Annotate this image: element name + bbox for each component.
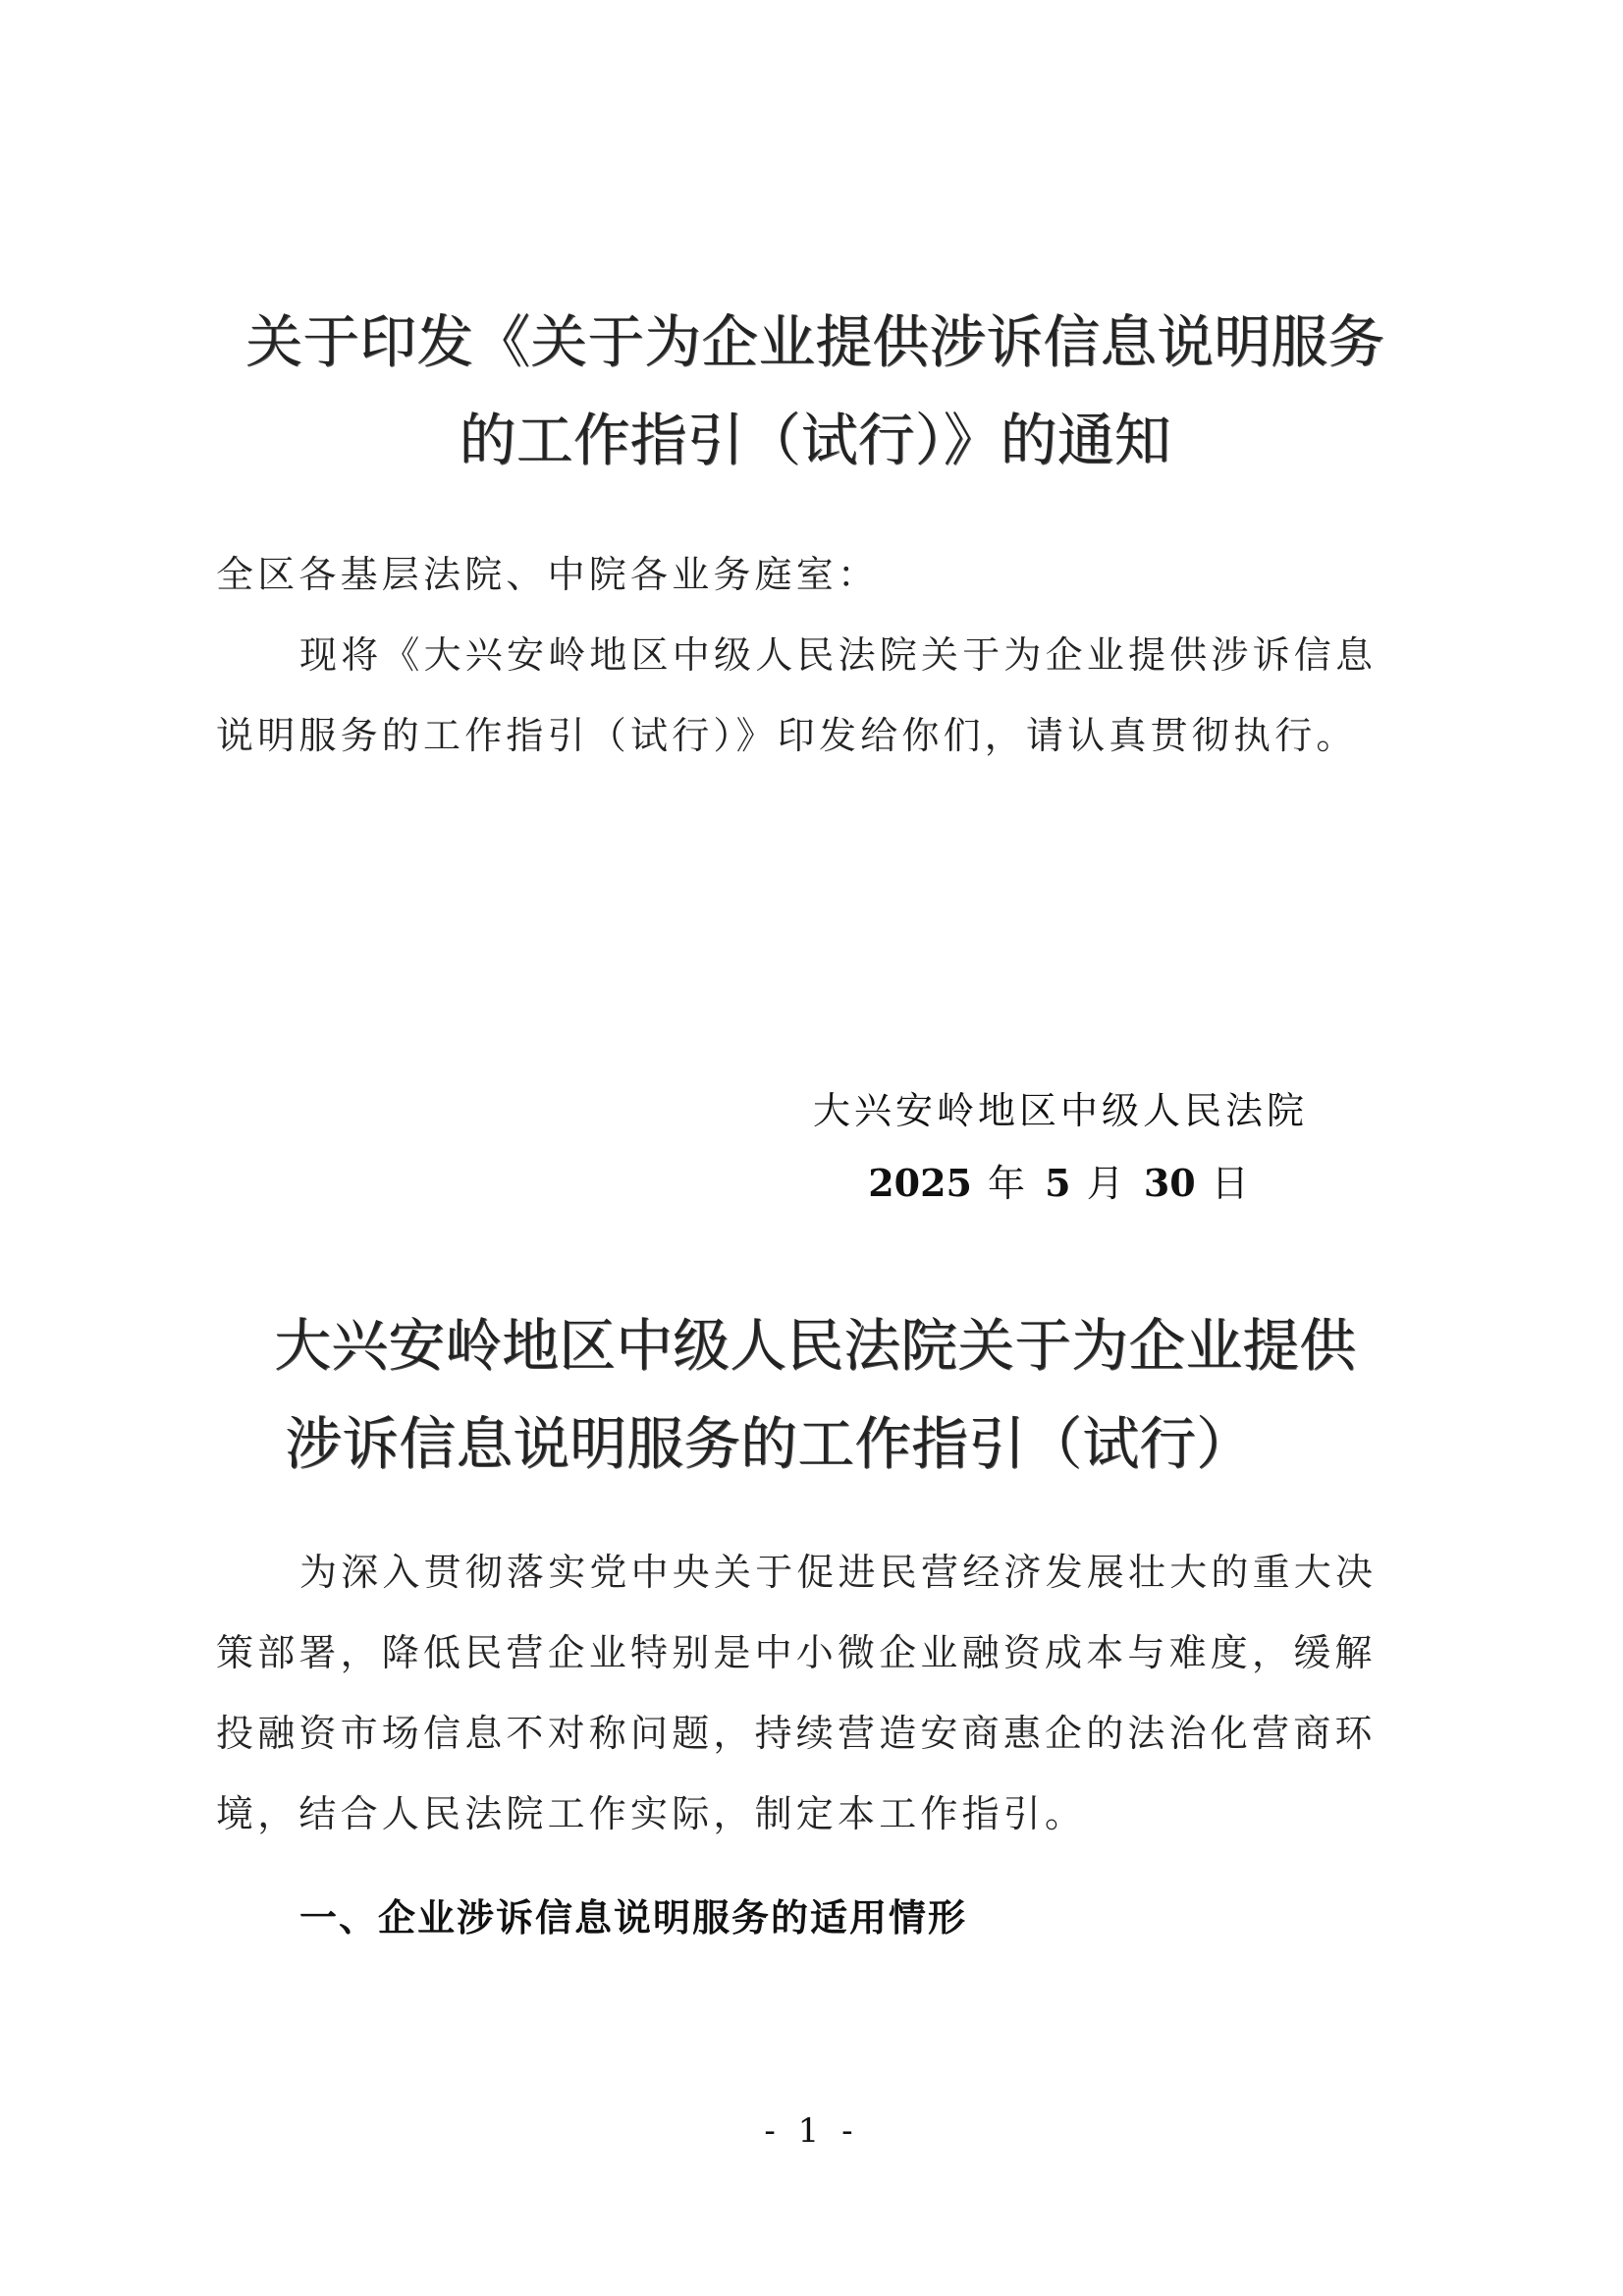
signature-organization: 大兴安岭地区中级人民法院 [785, 1070, 1335, 1151]
notice-body-paragraph: 现将《大兴安岭地区中级人民法院关于为企业提供涉诉信息说明服务的工作指引（试行）》… [216, 615, 1409, 776]
date-year: 2025 [868, 1161, 972, 1205]
section-1-heading: 一、企业涉诉信息说明服务的适用情形 [299, 1878, 967, 1958]
date-day-unit: 日 [1212, 1162, 1253, 1205]
salutation: 全区各基层法院、中院各业务庭室： [216, 534, 1409, 615]
page-number: - 1 - [0, 2111, 1623, 2151]
signature-date: 2025 年 5 月 30 日 [785, 1143, 1335, 1224]
notice-title: 关于印发《关于为企业提供涉诉信息说明服务 的工作指引（试行）》的通知 [196, 293, 1434, 489]
date-day: 30 [1144, 1161, 1196, 1205]
document-page: 关于印发《关于为企业提供涉诉信息说明服务 的工作指引（试行）》的通知 全区各基层… [0, 0, 1623, 2296]
notice-title-line-1: 关于印发《关于为企业提供涉诉信息说明服务 [196, 293, 1434, 391]
guideline-title-line-1: 大兴安岭地区中级人民法院关于为企业提供 [196, 1296, 1434, 1394]
notice-title-line-2: 的工作指引（试行）》的通知 [196, 391, 1434, 489]
guideline-title: 大兴安岭地区中级人民法院关于为企业提供 涉诉信息说明服务的工作指引（试行） [196, 1296, 1434, 1493]
date-month-unit: 月 [1087, 1162, 1128, 1205]
preamble-paragraph: 为深入贯彻落实党中央关于促进民营经济发展壮大的重大决策部署，降低民营企业特别是中… [216, 1532, 1409, 1854]
guideline-title-line-2: 涉诉信息说明服务的工作指引（试行） [196, 1394, 1434, 1493]
date-year-unit: 年 [988, 1162, 1029, 1205]
date-month: 5 [1045, 1161, 1070, 1205]
